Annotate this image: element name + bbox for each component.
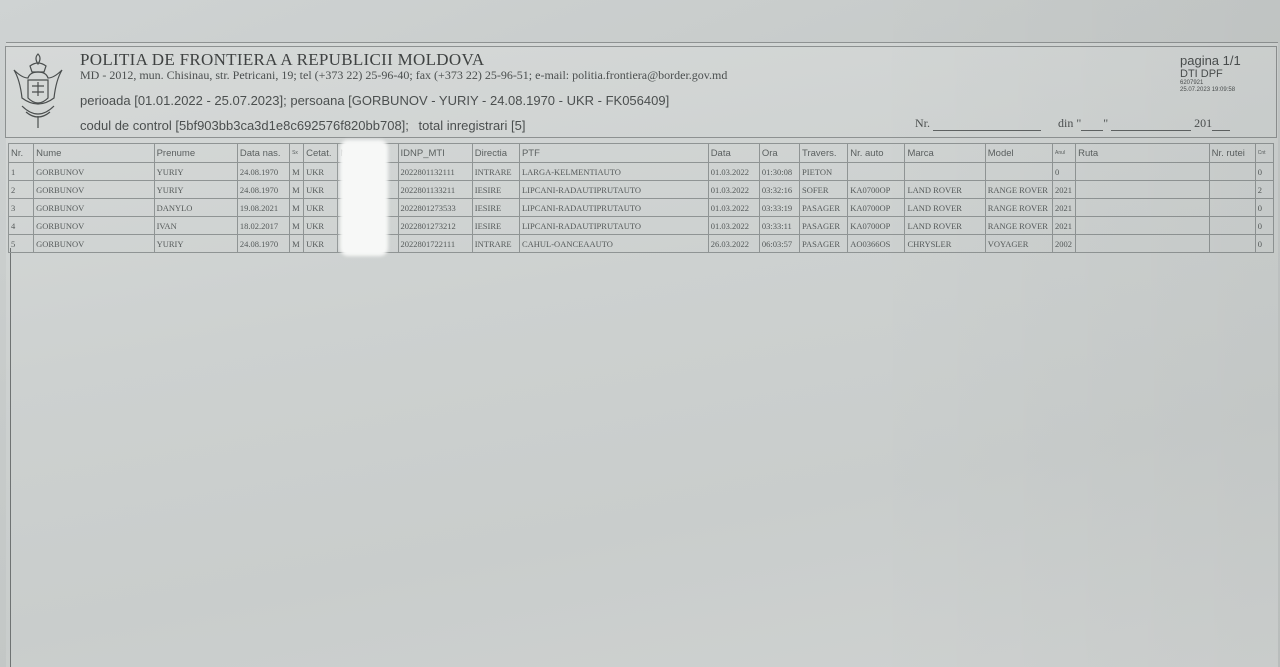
department: DTI DPF: [1180, 68, 1241, 80]
table-cell: [1209, 181, 1255, 199]
column-header: Data nas.: [237, 144, 289, 163]
table-cell: LIPCANI-RADAUTIPRUTAUTO: [519, 199, 708, 217]
column-header: Nume: [34, 144, 154, 163]
table-row: 2GORBUNOVYURIY24.08.1970MUKR202280113321…: [9, 181, 1274, 199]
table-cell: GORBUNOV: [34, 199, 154, 217]
table-cell: [1076, 217, 1210, 235]
table-cell: UKR: [304, 235, 338, 253]
nr-label: Nr.: [915, 116, 930, 130]
query-period: perioada [01.01.2022 - 25.07.2023]; pers…: [80, 93, 669, 108]
table-cell: 03:33:11: [759, 217, 799, 235]
table-cell: CAHUL-OANCEAAUTO: [519, 235, 708, 253]
institution-address: MD - 2012, mun. Chisinau, str. Petricani…: [80, 68, 727, 83]
table-header-row: Nr.NumePrenumeData nas.SxCetat.Nr. pasap…: [9, 144, 1274, 163]
table-cell: LAND ROVER: [905, 181, 985, 199]
column-header: Prenume: [154, 144, 237, 163]
page-number: pagina 1/1: [1180, 53, 1241, 68]
table-cell: PIETON: [800, 163, 848, 181]
table-cell: M: [290, 181, 304, 199]
table-cell: 01.03.2022: [708, 181, 759, 199]
table-cell: IESIRE: [472, 181, 519, 199]
column-header: Sx: [290, 144, 304, 163]
table-cell: 4: [9, 217, 34, 235]
table-cell: AO0366OS: [848, 235, 905, 253]
table-cell: 06:03:57: [759, 235, 799, 253]
table-cell: UKR: [304, 217, 338, 235]
table-cell: KA0700OP: [848, 181, 905, 199]
control-code-line: codul de control [5bf903bb3ca3d1e8c69257…: [80, 118, 525, 133]
table-cell: [1076, 163, 1210, 181]
column-header: Nr. auto: [848, 144, 905, 163]
table-cell: PASAGER: [800, 235, 848, 253]
day-blank: [1081, 130, 1103, 131]
column-header: Cnt: [1255, 144, 1273, 163]
table-cell: [1076, 235, 1210, 253]
column-header: Ruta: [1076, 144, 1210, 163]
table-cell: [1209, 163, 1255, 181]
column-header: PTF: [519, 144, 708, 163]
moldova-coat-of-arms-icon: [8, 50, 68, 132]
quote-close: ": [1103, 116, 1108, 130]
table-cell: LIPCANI-RADAUTIPRUTAUTO: [519, 217, 708, 235]
table-cell: RANGE ROVER: [985, 199, 1052, 217]
month-blank: [1111, 130, 1191, 131]
table-row: 3GORBUNOVDANYLO19.08.2021MUKR20228012735…: [9, 199, 1274, 217]
table-cell: 24.08.1970: [237, 235, 289, 253]
page-info: pagina 1/1 DTI DPF 6207921 25.07.2023 19…: [1180, 53, 1241, 94]
year-prefix: 201: [1194, 116, 1212, 130]
table-cell: IESIRE: [472, 217, 519, 235]
table-cell: 5: [9, 235, 34, 253]
table-cell: M: [290, 235, 304, 253]
table-cell: YURIY: [154, 181, 237, 199]
table-cell: [985, 163, 1052, 181]
table-cell: 03:33:19: [759, 199, 799, 217]
table-cell: 0: [1255, 199, 1273, 217]
table-row: 5GORBUNOVYURIY24.08.1970MUKR202280172211…: [9, 235, 1274, 253]
table-cell: 26.03.2022: [708, 235, 759, 253]
table-cell: UKR: [304, 199, 338, 217]
table-cell: 19.08.2021: [237, 199, 289, 217]
table-cell: 24.08.1970: [237, 181, 289, 199]
column-header: Anul: [1053, 144, 1076, 163]
control-code: codul de control [5bf903bb3ca3d1e8c69257…: [80, 118, 409, 133]
total-records: total inregistrari [5]: [419, 118, 526, 133]
table-cell: UKR: [304, 163, 338, 181]
table-cell: [848, 163, 905, 181]
table-cell: IVAN: [154, 217, 237, 235]
table-cell: 2021: [1053, 217, 1076, 235]
table-cell: 01.03.2022: [708, 199, 759, 217]
table-cell: INTRARE: [472, 163, 519, 181]
table-cell: 2: [1255, 181, 1273, 199]
table-cell: CHRYSLER: [905, 235, 985, 253]
table-cell: 2022801273212: [398, 217, 472, 235]
table-cell: 2002: [1053, 235, 1076, 253]
table-cell: YURIY: [154, 235, 237, 253]
table-cell: SOFER: [800, 181, 848, 199]
document-code: 6207921: [1180, 80, 1241, 87]
table-cell: M: [290, 199, 304, 217]
table-cell: PASAGER: [800, 199, 848, 217]
table-cell: 03:32:16: [759, 181, 799, 199]
table-cell: 2021: [1053, 199, 1076, 217]
table-cell: GORBUNOV: [34, 163, 154, 181]
table-cell: LAND ROVER: [905, 217, 985, 235]
table-cell: 0: [1255, 217, 1273, 235]
column-header: IDNP_MTI: [398, 144, 472, 163]
table-cell: [1209, 235, 1255, 253]
table-cell: [1076, 199, 1210, 217]
table-row: 1GORBUNOVYURIY24.08.1970MUKR202280113211…: [9, 163, 1274, 181]
border-crossings-table: Nr.NumePrenumeData nas.SxCetat.Nr. pasap…: [8, 143, 1274, 253]
table-cell: PASAGER: [800, 217, 848, 235]
table-cell: RANGE ROVER: [985, 181, 1052, 199]
table-cell: M: [290, 163, 304, 181]
table-cell: M: [290, 217, 304, 235]
column-header: Cetat.: [304, 144, 338, 163]
table-cell: 2: [9, 181, 34, 199]
table-cell: 2021: [1053, 181, 1076, 199]
column-header: Directia: [472, 144, 519, 163]
table-cell: GORBUNOV: [34, 181, 154, 199]
table-cell: [1076, 181, 1210, 199]
table-cell: RANGE ROVER: [985, 217, 1052, 235]
table-body: 1GORBUNOVYURIY24.08.1970MUKR202280113211…: [9, 163, 1274, 253]
table-cell: 0: [1255, 235, 1273, 253]
table-cell: 2022801133211: [398, 181, 472, 199]
column-header: Travers.: [800, 144, 848, 163]
table-cell: LIPCANI-RADAUTIPRUTAUTO: [519, 181, 708, 199]
table-cell: LARGA-KELMENTIAUTO: [519, 163, 708, 181]
table-cell: [1209, 217, 1255, 235]
table-cell: 0: [1255, 163, 1273, 181]
table-cell: KA0700OP: [848, 199, 905, 217]
table-cell: 01.03.2022: [708, 217, 759, 235]
table-cell: 2022801273533: [398, 199, 472, 217]
table-cell: LAND ROVER: [905, 199, 985, 217]
table-cell: VOYAGER: [985, 235, 1052, 253]
column-header: Marca: [905, 144, 985, 163]
institution-title: POLITIA DE FRONTIERA A REPUBLICII MOLDOV…: [80, 50, 484, 70]
year-blank: [1212, 130, 1230, 131]
table-row: 4GORBUNOVIVAN18.02.2017MUKR2022801273212…: [9, 217, 1274, 235]
table-cell: IESIRE: [472, 199, 519, 217]
table-cell: [905, 163, 985, 181]
column-header: Nr. rutei: [1209, 144, 1255, 163]
column-header: Ora: [759, 144, 799, 163]
table-cell: INTRARE: [472, 235, 519, 253]
table-cell: 3: [9, 199, 34, 217]
table-cell: 2022801722111: [398, 235, 472, 253]
table-cell: 0: [1053, 163, 1076, 181]
table-cell: GORBUNOV: [34, 217, 154, 235]
table-cell: KA0700OP: [848, 217, 905, 235]
table-cell: 01:30:08: [759, 163, 799, 181]
table-cell: UKR: [304, 181, 338, 199]
table-cell: [1209, 199, 1255, 217]
table-cell: DANYLO: [154, 199, 237, 217]
table-cell: YURIY: [154, 163, 237, 181]
print-timestamp: 25.07.2023 19:09:58: [1180, 87, 1241, 94]
column-header: Nr.: [9, 144, 34, 163]
table-cell: 18.02.2017: [237, 217, 289, 235]
column-header: Data: [708, 144, 759, 163]
table-cell: 24.08.1970: [237, 163, 289, 181]
page-left-border: [10, 248, 11, 667]
din-label: din ": [1058, 116, 1081, 130]
table-cell: 01.03.2022: [708, 163, 759, 181]
nr-blank: [933, 130, 1041, 131]
table-cell: GORBUNOV: [34, 235, 154, 253]
redaction-mark: [340, 140, 388, 256]
table-cell: 2022801132111: [398, 163, 472, 181]
registry-number-line: Nr. din "" 201: [915, 116, 1230, 131]
column-header: Model: [985, 144, 1052, 163]
table-cell: 1: [9, 163, 34, 181]
